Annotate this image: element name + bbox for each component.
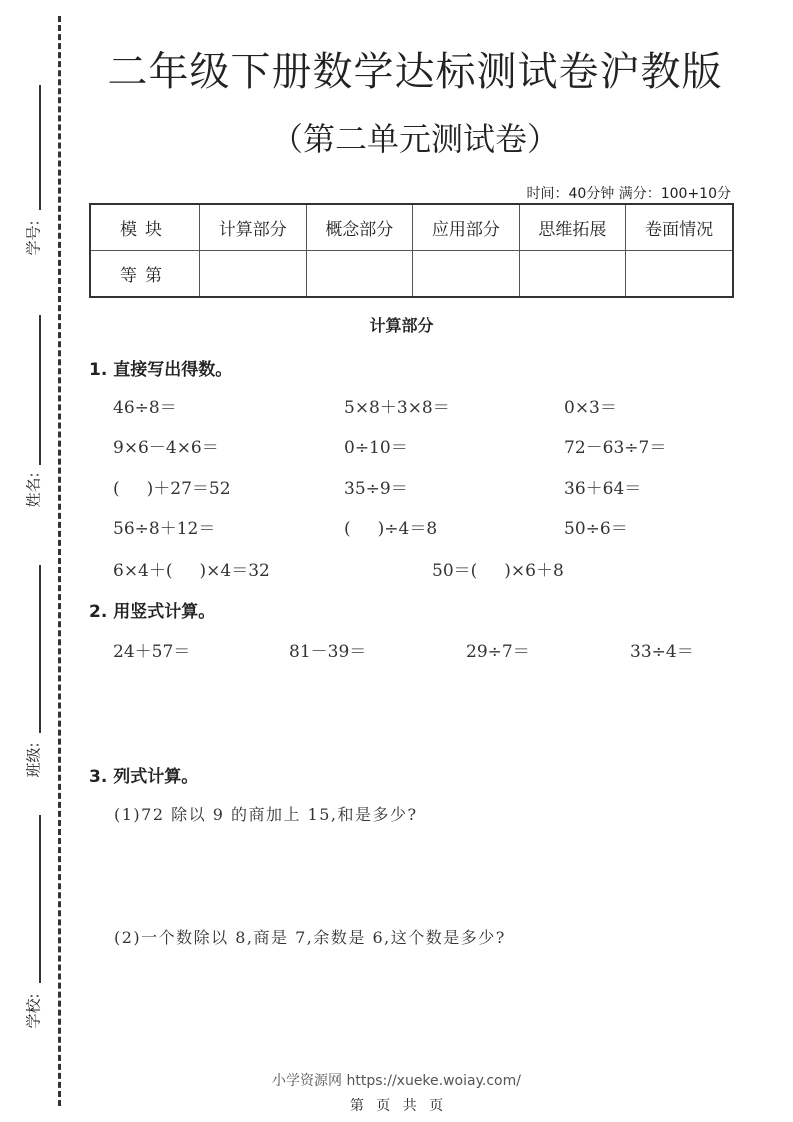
expression: 50÷6＝ (564, 514, 628, 539)
column-header: 卷面情况 (626, 204, 733, 251)
expression: 5×8＋3×8＝ (344, 393, 450, 418)
score-table: 模块 计算部分 概念部分 应用部分 思维拓展 卷面情况 等第 (89, 203, 734, 298)
name-line[interactable] (39, 315, 41, 465)
footer-site-link[interactable]: 小学资源网 https://xueke.woiay.com/ (0, 1070, 793, 1090)
page-subtitle: （第二单元测试卷） (80, 114, 750, 160)
expression: 0÷10＝ (344, 433, 408, 458)
score-table-grade-row: 等第 (90, 251, 733, 298)
expression: 81－39＝ (289, 637, 366, 662)
question-3-heading: 3. 列式计算。 (89, 762, 198, 787)
sub-question-2: (2)一个数除以 8,商是 7,余数是 6,这个数是多少? (114, 925, 506, 948)
section-title: 计算部分 (0, 313, 793, 336)
class-line[interactable] (39, 565, 41, 733)
student-id-label: 学号: (23, 226, 44, 256)
column-header: 计算部分 (200, 204, 307, 251)
expression: ( )＋27＝52 (113, 474, 231, 499)
expression: 50＝( )×6＋8 (432, 556, 564, 581)
binding-dashed-line (58, 16, 61, 1106)
grade-cell[interactable] (200, 251, 307, 298)
page-title: 二年级下册数学达标测试卷沪教版 (80, 40, 750, 97)
expression: 35÷9＝ (344, 474, 408, 499)
expression: 46÷8＝ (113, 393, 177, 418)
column-header: 应用部分 (413, 204, 520, 251)
column-header: 概念部分 (306, 204, 413, 251)
expression: 36＋64＝ (564, 474, 641, 499)
score-table-header-row: 模块 计算部分 概念部分 应用部分 思维拓展 卷面情况 (90, 204, 733, 251)
student-id-line[interactable] (39, 85, 41, 210)
expression: 24＋57＝ (113, 637, 190, 662)
question-1-heading: 1. 直接写出得数。 (89, 355, 232, 380)
grade-cell[interactable] (519, 251, 626, 298)
grade-label: 等第 (90, 251, 200, 298)
module-label: 模块 (90, 204, 200, 251)
expression: 72－63÷7＝ (564, 433, 666, 458)
school-label: 学校: (23, 999, 44, 1029)
question-2-heading: 2. 用竖式计算。 (89, 597, 215, 622)
exam-meta: 时间：40分钟 满分：100+10分 (526, 183, 731, 203)
grade-cell[interactable] (306, 251, 413, 298)
expression: 56÷8＋12＝ (113, 514, 215, 539)
expression: 0×3＝ (564, 393, 617, 418)
name-label: 姓名: (23, 478, 44, 508)
column-header: 思维拓展 (519, 204, 626, 251)
expression: ( )÷4＝8 (344, 514, 437, 539)
expression: 33÷4＝ (630, 637, 694, 662)
expression: 6×4＋( )×4＝32 (113, 556, 270, 581)
footer-page-number: 第 页 共 页 (0, 1095, 793, 1115)
expression: 29÷7＝ (466, 637, 530, 662)
grade-cell[interactable] (413, 251, 520, 298)
class-label: 班级: (23, 748, 44, 778)
grade-cell[interactable] (626, 251, 733, 298)
expression: 9×6－4×6＝ (113, 433, 219, 458)
school-line[interactable] (39, 815, 41, 983)
sub-question-1: (1)72 除以 9 的商加上 15,和是多少? (114, 802, 418, 825)
